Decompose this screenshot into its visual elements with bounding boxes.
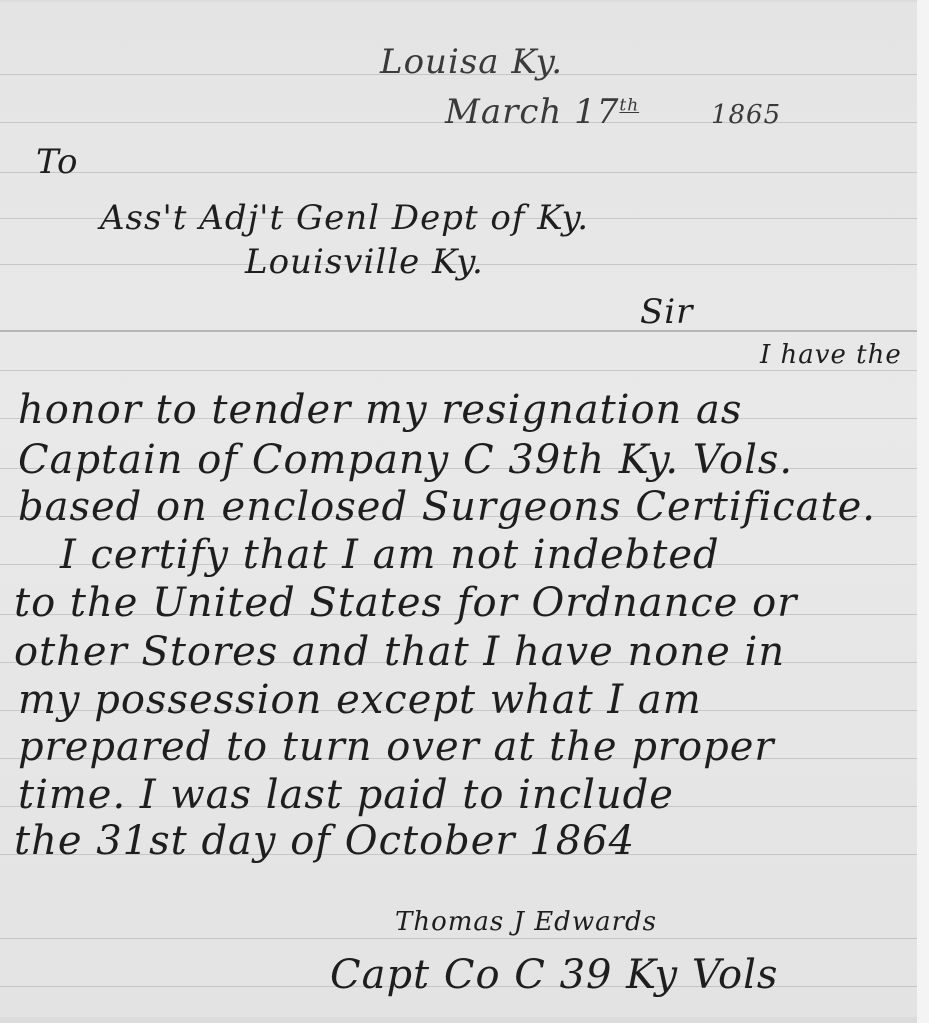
body-line: I have the (760, 340, 902, 370)
signature-title: Capt Co C 39 Ky Vols (330, 952, 778, 998)
paper-edge (917, 0, 929, 1023)
recipient-line-2: Louisville Ky. (245, 242, 484, 282)
ruled-line (0, 938, 917, 939)
letter-page: Louisa Ky. March 17th 1865 To Ass't Adj'… (0, 2, 917, 1017)
salutation-to: To (36, 142, 79, 182)
body-line: other Stores and that I have none in (14, 629, 785, 675)
ruled-line (0, 172, 917, 173)
body-line: to the United States for Ordnance or (14, 580, 797, 626)
body-line: Captain of Company C 39th Ky. Vols. (18, 437, 793, 483)
ruled-line (0, 370, 917, 371)
body-line: honor to tender my resignation as (18, 387, 742, 433)
greeting: Sir (640, 292, 693, 332)
body-line: my possession except what I am (18, 677, 702, 723)
paper-fold (0, 330, 917, 332)
body-line: the 31st day of October 1864 (14, 818, 635, 864)
body-line: based on enclosed Surgeons Certificate. (18, 484, 876, 530)
heading-date-month-day: March 17 (445, 92, 619, 132)
signature-name: Thomas J Edwards (395, 907, 657, 937)
body-line: prepared to turn over at the proper (18, 724, 775, 770)
heading-place: Louisa Ky. (380, 42, 563, 82)
body-line: I certify that I am not indebted (60, 532, 720, 578)
heading-date: March 17th 1865 (445, 92, 781, 132)
heading-date-year: 1865 (711, 100, 781, 130)
body-line: time. I was last paid to include (18, 772, 674, 818)
heading-date-suffix: th (619, 96, 639, 116)
recipient-line-1: Ass't Adj't Genl Dept of Ky. (100, 198, 589, 238)
